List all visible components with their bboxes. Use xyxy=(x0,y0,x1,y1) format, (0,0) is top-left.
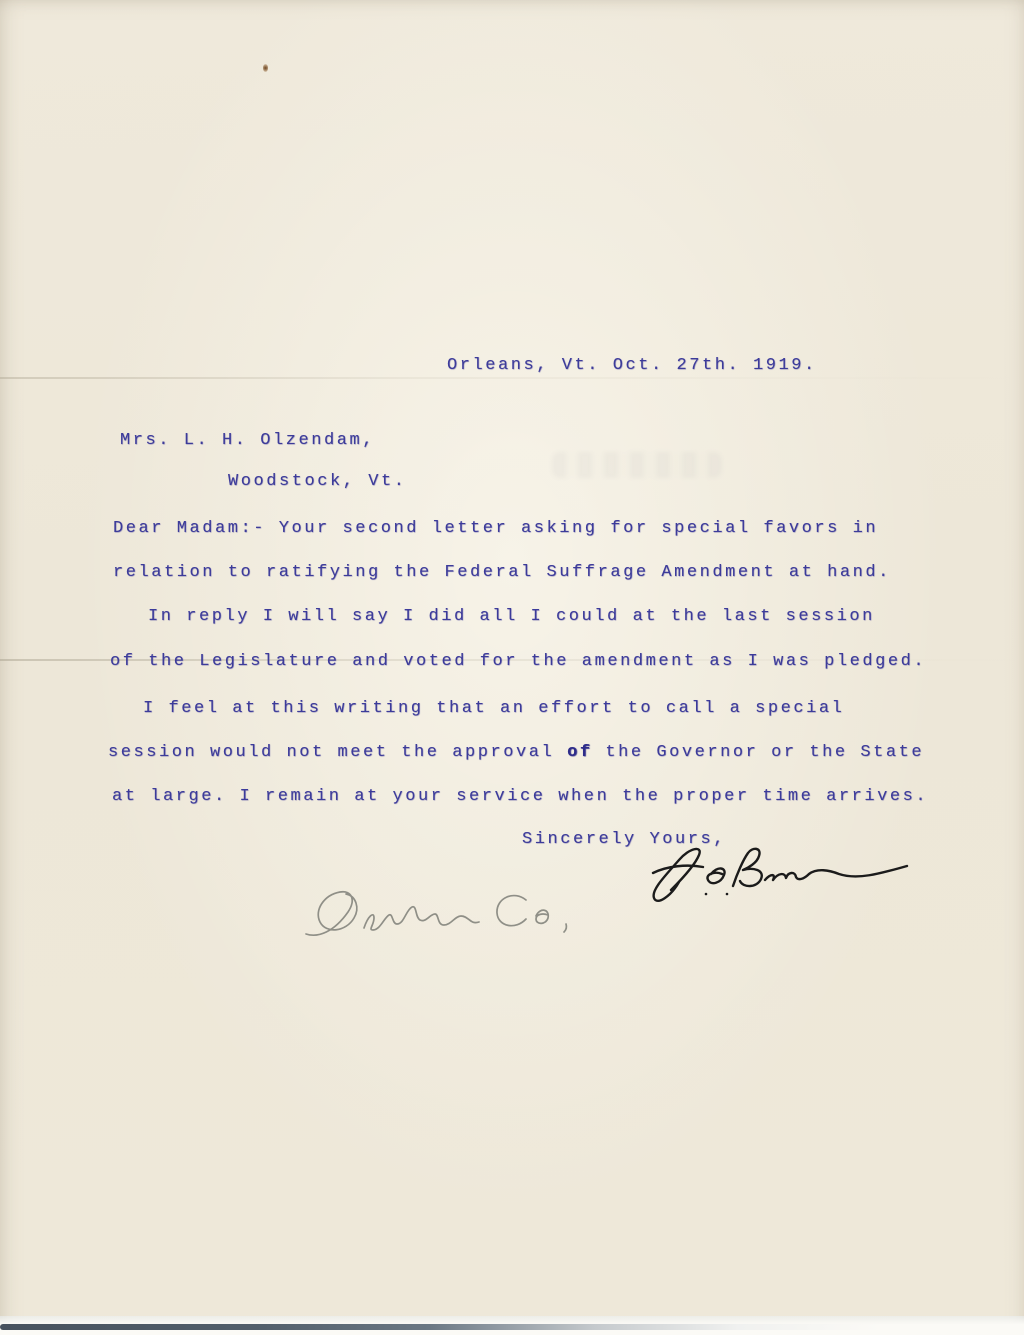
foxing-speck xyxy=(263,64,268,72)
recipient-name-line: Mrs. L. H. Olzendam, xyxy=(120,430,375,452)
dateline: Orleans, Vt. Oct. 27th. 1919. xyxy=(447,355,817,377)
body-line-5: I feel at this writing that an effort to… xyxy=(143,698,844,720)
body-line-2: relation to ratifying the Federal Suffra… xyxy=(113,562,891,584)
body-line-1: Dear Madam:- Your second letter asking f… xyxy=(113,518,878,540)
body-line-7: at large. I remain at your service when … xyxy=(112,786,928,808)
recipient-place-line: Woodstock, Vt. xyxy=(228,471,407,493)
body-line-6-post: the Governor or the State xyxy=(593,743,925,762)
annotation-orleans-co xyxy=(298,878,603,958)
body-line-6-pre: session would not meet the approval xyxy=(108,743,567,762)
letter-scan: Orleans, Vt. Oct. 27th. 1919. Mrs. L. H.… xyxy=(0,0,1024,1335)
overstruck-word: of xyxy=(567,743,593,762)
body-line-4: of the Legislature and voted for the ame… xyxy=(110,651,926,673)
body-line-6: session would not meet the approval of t… xyxy=(108,742,924,764)
body-line-3: In reply I will say I did all I could at… xyxy=(148,606,875,628)
erased-text-smudge xyxy=(552,452,722,478)
signature-fg-brown xyxy=(645,842,917,914)
fold-crease-upper xyxy=(0,377,1024,379)
scan-edge-shadow xyxy=(0,1324,1024,1330)
